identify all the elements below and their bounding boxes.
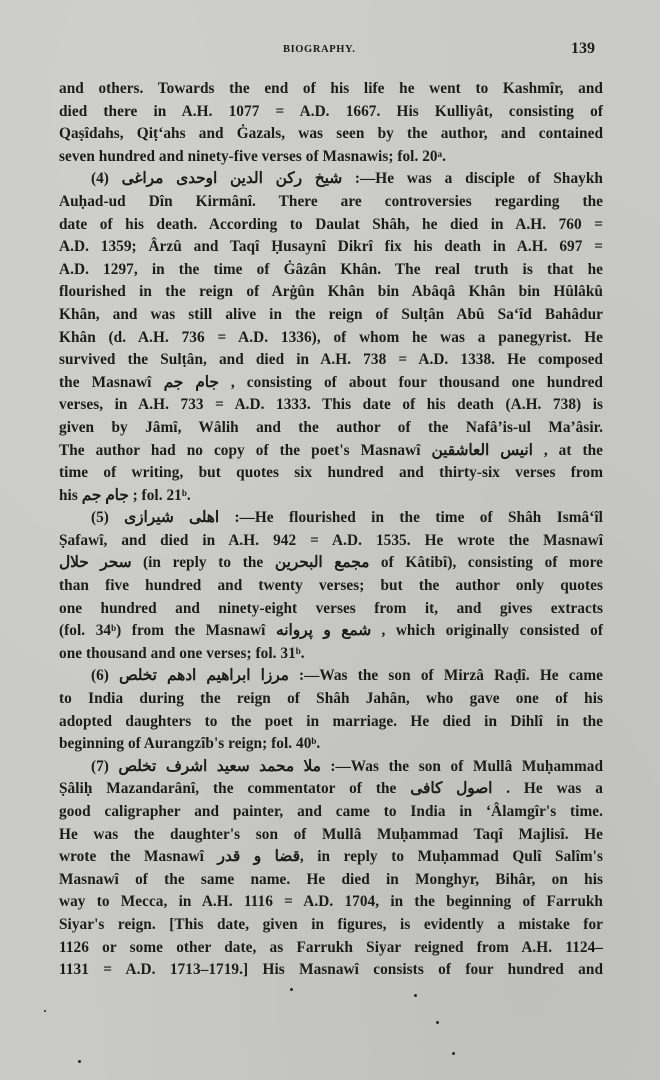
text-line: died there in A.H. 1077 = A.D. 1667. His… bbox=[59, 101, 603, 124]
entry-heading-line: (4) شیخ رکن الدین اوحدی مراغی :—He was a… bbox=[59, 168, 603, 191]
text-line: one hundred and ninety-eight verses from… bbox=[59, 598, 603, 621]
text-line: He was the daughter's son of Mullâ Muḥam… bbox=[59, 824, 603, 847]
entry-heading-line: (6) مرزا ابراهیم ادهم تخلص :—Was the son… bbox=[59, 665, 603, 688]
text-line: beginning of Aurangzîb's reign; fol. 40ᵇ… bbox=[59, 733, 603, 756]
entry-7: (7) ملا محمد سعید اشرف تخلص :—Was the so… bbox=[59, 756, 603, 982]
running-head: BIOGRAPHY. 139 bbox=[0, 44, 660, 64]
scan-speck bbox=[44, 1010, 46, 1012]
entry-5: (5) اهلی شیرازی :—He flourished in the t… bbox=[59, 507, 603, 665]
text-line: his جام جم ; fol. 21ᵇ. bbox=[59, 485, 603, 508]
page-number: 139 bbox=[571, 40, 595, 58]
text-line: Auḥad-ud Dîn Kirmânî. There are controve… bbox=[59, 191, 603, 214]
text-line: given by Jâmî, Wâlih and the author of t… bbox=[59, 417, 603, 440]
text-line: seven hundred and ninety-five verses of … bbox=[59, 146, 603, 169]
running-head-title: BIOGRAPHY. bbox=[283, 44, 355, 55]
entry-heading-line: (7) ملا محمد سعید اشرف تخلص :—Was the so… bbox=[59, 756, 603, 779]
text-line: سحر حلال (in reply to the مجمع البحرین o… bbox=[59, 552, 603, 575]
text-line: survived the Sulṭân, and died in A.H. 73… bbox=[59, 349, 603, 372]
entry-4: (4) شیخ رکن الدین اوحدی مراغی :—He was a… bbox=[59, 168, 603, 507]
text-line: The author had no copy of the poet's Mas… bbox=[59, 440, 603, 463]
text-line: date of his death. According to Daulat S… bbox=[59, 214, 603, 237]
text-line: than five hundred and twenty verses; but… bbox=[59, 575, 603, 598]
scanned-page: BIOGRAPHY. 139 and others. Towards the e… bbox=[0, 0, 660, 1080]
entry-heading-line: (5) اهلی شیرازی :—He flourished in the t… bbox=[59, 507, 603, 530]
text-line: adopted daughters to the poet in marriag… bbox=[59, 711, 603, 734]
text-line: 1126 or some other date, as Farrukh Siya… bbox=[59, 937, 603, 960]
text-line: time of writing, but quotes six hundred … bbox=[59, 462, 603, 485]
text-line: Ṣâliḥ Mazandarânî, the commentator of th… bbox=[59, 778, 603, 801]
text-line: the Masnawî جام جم , consisting of about… bbox=[59, 372, 603, 395]
text-line: Masnawî of the same name. He died in Mon… bbox=[59, 869, 603, 892]
text-line: Ṣafawî, and died in A.H. 942 = A.D. 1535… bbox=[59, 530, 603, 553]
scan-speck bbox=[78, 1060, 81, 1063]
text-line: way to Mecca, in A.H. 1116 = A.D. 1704, … bbox=[59, 891, 603, 914]
text-line: A.D. 1359; Ârzû and Taqî Ḥusaynî Dikrî f… bbox=[59, 236, 603, 259]
text-line: Qaṣîdahs, Qiṭ‘ahs and Ġazals, was seen b… bbox=[59, 123, 603, 146]
text-line: (fol. 34ᵇ) from the Masnawî شمع و پروانه… bbox=[59, 620, 603, 643]
text-line: and others. Towards the end of his life … bbox=[59, 78, 603, 101]
text-line: Khân, and was still alive in the reign o… bbox=[59, 304, 603, 327]
scan-speck bbox=[290, 988, 293, 991]
paragraph-continuation: and others. Towards the end of his life … bbox=[59, 78, 603, 168]
text-line: good caligrapher and painter, and came t… bbox=[59, 801, 603, 824]
text-line: Siyar's reign. [This date, given in figu… bbox=[59, 914, 603, 937]
scan-speck bbox=[452, 1052, 455, 1055]
text-line: 1131 = A.D. 1713–1719.] His Masnawî cons… bbox=[59, 959, 603, 982]
text-line: one thousand and one verses; fol. 31ᵇ. bbox=[59, 643, 603, 666]
text-line: flourished in the reign of Arġûn Khân bi… bbox=[59, 281, 603, 304]
entry-6: (6) مرزا ابراهیم ادهم تخلص :—Was the son… bbox=[59, 665, 603, 755]
body-text: and others. Towards the end of his life … bbox=[59, 78, 603, 982]
text-line: to India during the reign of Shâh Jahân,… bbox=[59, 688, 603, 711]
scan-speck bbox=[414, 994, 417, 997]
text-line: A.D. 1297, in the time of Ġâzân Khân. Th… bbox=[59, 259, 603, 282]
text-line: wrote the Masnawî قضا و قدر, in reply to… bbox=[59, 846, 603, 869]
text-line: Khân (d. A.H. 736 = A.D. 1336), of whom … bbox=[59, 327, 603, 350]
text-line: verses, in A.H. 733 = A.D. 1333. This da… bbox=[59, 394, 603, 417]
scan-speck bbox=[436, 1021, 439, 1024]
